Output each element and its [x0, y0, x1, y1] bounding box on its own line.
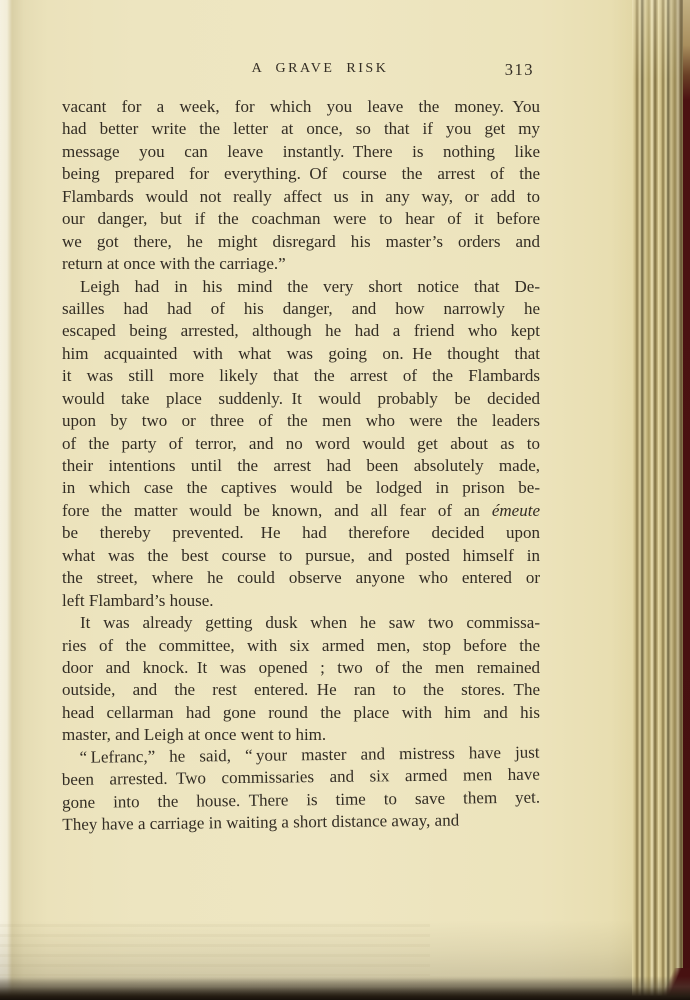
text-line: message you can leave instantly. There i… — [62, 141, 540, 163]
text-line: what was the best course to pursue, and … — [62, 545, 540, 567]
text-line: in which case the captives would be lodg… — [62, 477, 540, 499]
text-line: left Flambard’s house. — [62, 590, 540, 612]
text-line: the street, where he could observe anyon… — [62, 567, 540, 589]
text-line: fore the matter would be known, and all … — [62, 500, 540, 522]
text-line: had better write the letter at once, so … — [62, 118, 540, 140]
paragraph: “ Lefranc,” he said, “ your master and m… — [61, 741, 540, 836]
text-line: outside, and the rest entered. He ran to… — [62, 679, 540, 701]
text-line: we got there, he might disregard his mas… — [62, 231, 540, 253]
page-number: 313 — [505, 60, 534, 80]
text-line: upon by two or three of the men who were… — [62, 410, 540, 432]
bottom-scan-shadow — [0, 976, 690, 1000]
paragraph: It was already getting dusk when he saw … — [62, 612, 540, 747]
text-line: it was still more likely that the arrest… — [62, 365, 540, 387]
text-line: Leigh had in his mind the very short not… — [62, 276, 540, 298]
fore-edge-page-stack — [632, 0, 683, 1000]
text-line: their intentions until the arrest had be… — [62, 455, 540, 477]
text-line: sailles had had of his danger, and how n… — [62, 298, 540, 320]
book-page: A GRAVE RISK 313 vacant for a week, for … — [0, 0, 632, 1000]
text-line: return at once with the carriage.” — [62, 253, 540, 275]
text-line: door and knock. It was opened ; two of t… — [62, 657, 540, 679]
book-cover-edge — [683, 0, 690, 1000]
text-line: him acquainted with what was going on. H… — [62, 343, 540, 365]
text-line: It was already getting dusk when he saw … — [62, 612, 540, 634]
text-line: our danger, but if the coachman were to … — [62, 208, 540, 230]
text-line: of the party of terror, and no word woul… — [62, 433, 540, 455]
text-line: They have a carriage in waiting a short … — [62, 809, 540, 837]
text-line: ries of the committee, with six armed me… — [62, 635, 540, 657]
text-line: would take place suddenly. It would prob… — [62, 388, 540, 410]
text-block: vacant for a week, for which you leave t… — [62, 96, 540, 836]
running-header: A GRAVE RISK 313 — [62, 60, 540, 82]
scan-streak-artifacts — [0, 924, 430, 976]
paragraph: vacant for a week, for which you leave t… — [62, 96, 540, 276]
text-line: escaped being arrested, although he had … — [62, 320, 540, 342]
text-line: be thereby prevented. He had therefore d… — [62, 522, 540, 544]
chapter-title: A GRAVE RISK — [252, 61, 389, 77]
text-line: head cellarman had gone round the place … — [62, 702, 540, 724]
paragraph: Leigh had in his mind the very short not… — [62, 276, 540, 613]
text-line: vacant for a week, for which you leave t… — [62, 96, 540, 118]
text-line: being prepared for everything. Of course… — [62, 163, 540, 185]
book-scan: A GRAVE RISK 313 vacant for a week, for … — [0, 0, 690, 1000]
text-line: Flambards would not really affect us in … — [62, 186, 540, 208]
